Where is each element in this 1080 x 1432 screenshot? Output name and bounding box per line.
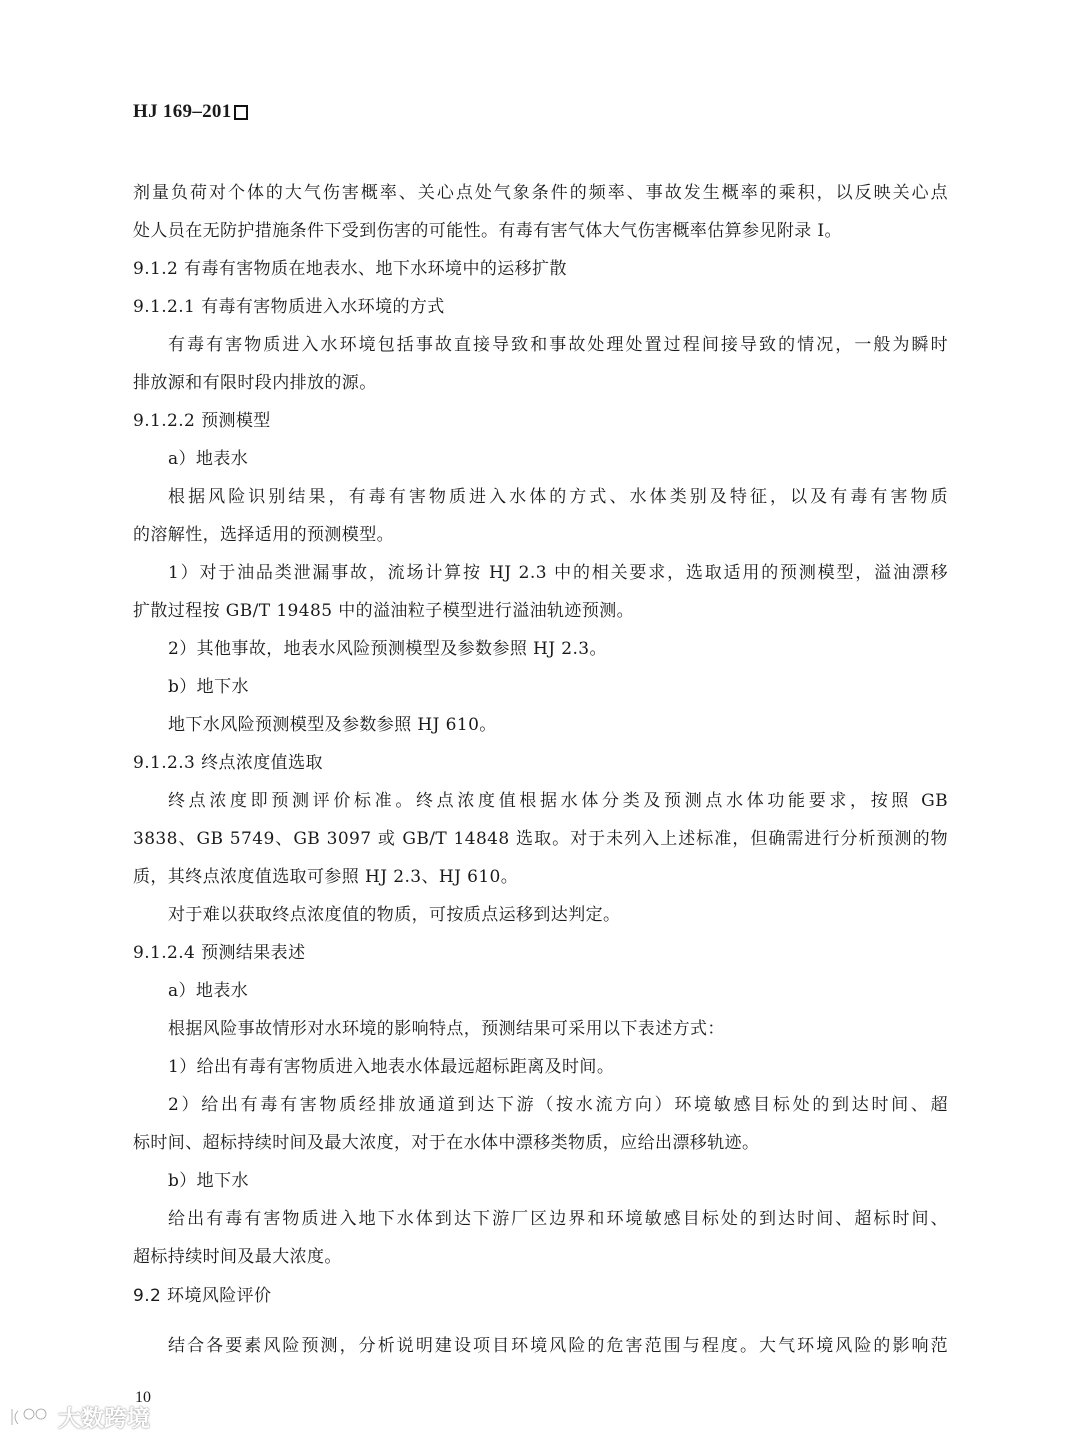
standard-code: HJ 169–201 [133,101,232,123]
document-header: HJ 169–201 [133,101,248,123]
paragraph-line: 3838、GB 5749、GB 3097 或 GB/T 14848 选取。对于未… [133,827,948,851]
paragraph-line: 1）对于油品类泄漏事故，流场计算按 HJ 2.3 中的相关要求，选取适用的预测模… [168,561,948,585]
section-heading-9-1-2: 9.1.2 有毒有害物质在地表水、地下水环境中的运移扩散 [133,257,948,281]
paragraph-line: 的溶解性，选择适用的预测模型。 [133,523,948,547]
paragraph-line: 根据风险识别结果，有毒有害物质进入水体的方式、水体类别及特征，以及有毒有害物质 [168,485,948,509]
paragraph-line: 质，其终点浓度值选取可参照 HJ 2.3、HJ 610。 [133,865,948,889]
section-heading-9-1-2-3: 9.1.2.3 终点浓度值选取 [133,751,948,775]
paragraph-line: 标时间、超标持续时间及最大浓度，对于在水体中漂移类物质，应给出漂移轨迹。 [133,1131,948,1155]
watermark-logo-icon [8,1405,52,1429]
paragraph-line: 扩散过程按 GB/T 19485 中的溢油粒子模型进行溢油轨迹预测。 [133,599,948,623]
section-heading-9-2: 9.2 环境风险评价 [133,1284,948,1308]
paragraph-line: 给出有毒有害物质进入地下水体到达下游厂区边界和环境敏感目标处的到达时间、超标时间… [168,1207,948,1231]
watermark-text: 大数跨境 [58,1400,150,1432]
paragraph-line: 根据风险事故情形对水环境的影响特点，预测结果可采用以下表述方式： [168,1017,983,1041]
paragraph-line: 对于难以获取终点浓度值的物质，可按质点运移到达判定。 [168,903,983,927]
list-item-label: b）地下水 [168,675,983,699]
paragraph-line: 2）其他事故，地表水风险预测模型及参数参照 HJ 2.3。 [168,637,983,661]
paragraph-line: 地下水风险预测模型及参数参照 HJ 610。 [168,713,983,737]
list-item-label: b）地下水 [168,1169,983,1193]
paragraph-line: 超标持续时间及最大浓度。 [133,1245,948,1269]
watermark: 大数跨境 [8,1400,150,1432]
paragraph-line: 1）给出有毒有害物质进入地表水体最远超标距离及时间。 [168,1055,983,1079]
placeholder-box-icon [234,105,248,120]
list-item-label: a）地表水 [168,979,983,1003]
paragraph-line: 结合各要素风险预测，分析说明建设项目环境风险的危害范围与程度。大气环境风险的影响… [168,1334,948,1358]
section-heading-9-1-2-1: 9.1.2.1 有毒有害物质进入水环境的方式 [133,295,948,319]
paragraph-line: 排放源和有限时段内排放的源。 [133,371,948,395]
paragraph-line: 有毒有害物质进入水环境包括事故直接导致和事故处理处置过程间接导致的情况，一般为瞬… [168,333,948,357]
paragraph-line: 终点浓度即预测评价标准。终点浓度值根据水体分类及预测点水体功能要求，按照 GB [168,789,948,813]
document-page: HJ 169–201 剂量负荷对个体的大气伤害概率、关心点处气象条件的频率、事故… [0,0,1080,1432]
section-heading-9-1-2-4: 9.1.2.4 预测结果表述 [133,941,948,965]
paragraph-line: 2）给出有毒有害物质经排放通道到达下游（按水流方向）环境敏感目标处的到达时间、超 [168,1093,948,1117]
section-heading-9-1-2-2: 9.1.2.2 预测模型 [133,409,948,433]
list-item-label: a）地表水 [168,447,983,471]
paragraph-line: 剂量负荷对个体的大气伤害概率、关心点处气象条件的频率、事故发生概率的乘积，以反映… [133,181,948,205]
paragraph-line: 处人员在无防护措施条件下受到伤害的可能性。有毒有害气体大气伤害概率估算参见附录 … [133,219,948,243]
